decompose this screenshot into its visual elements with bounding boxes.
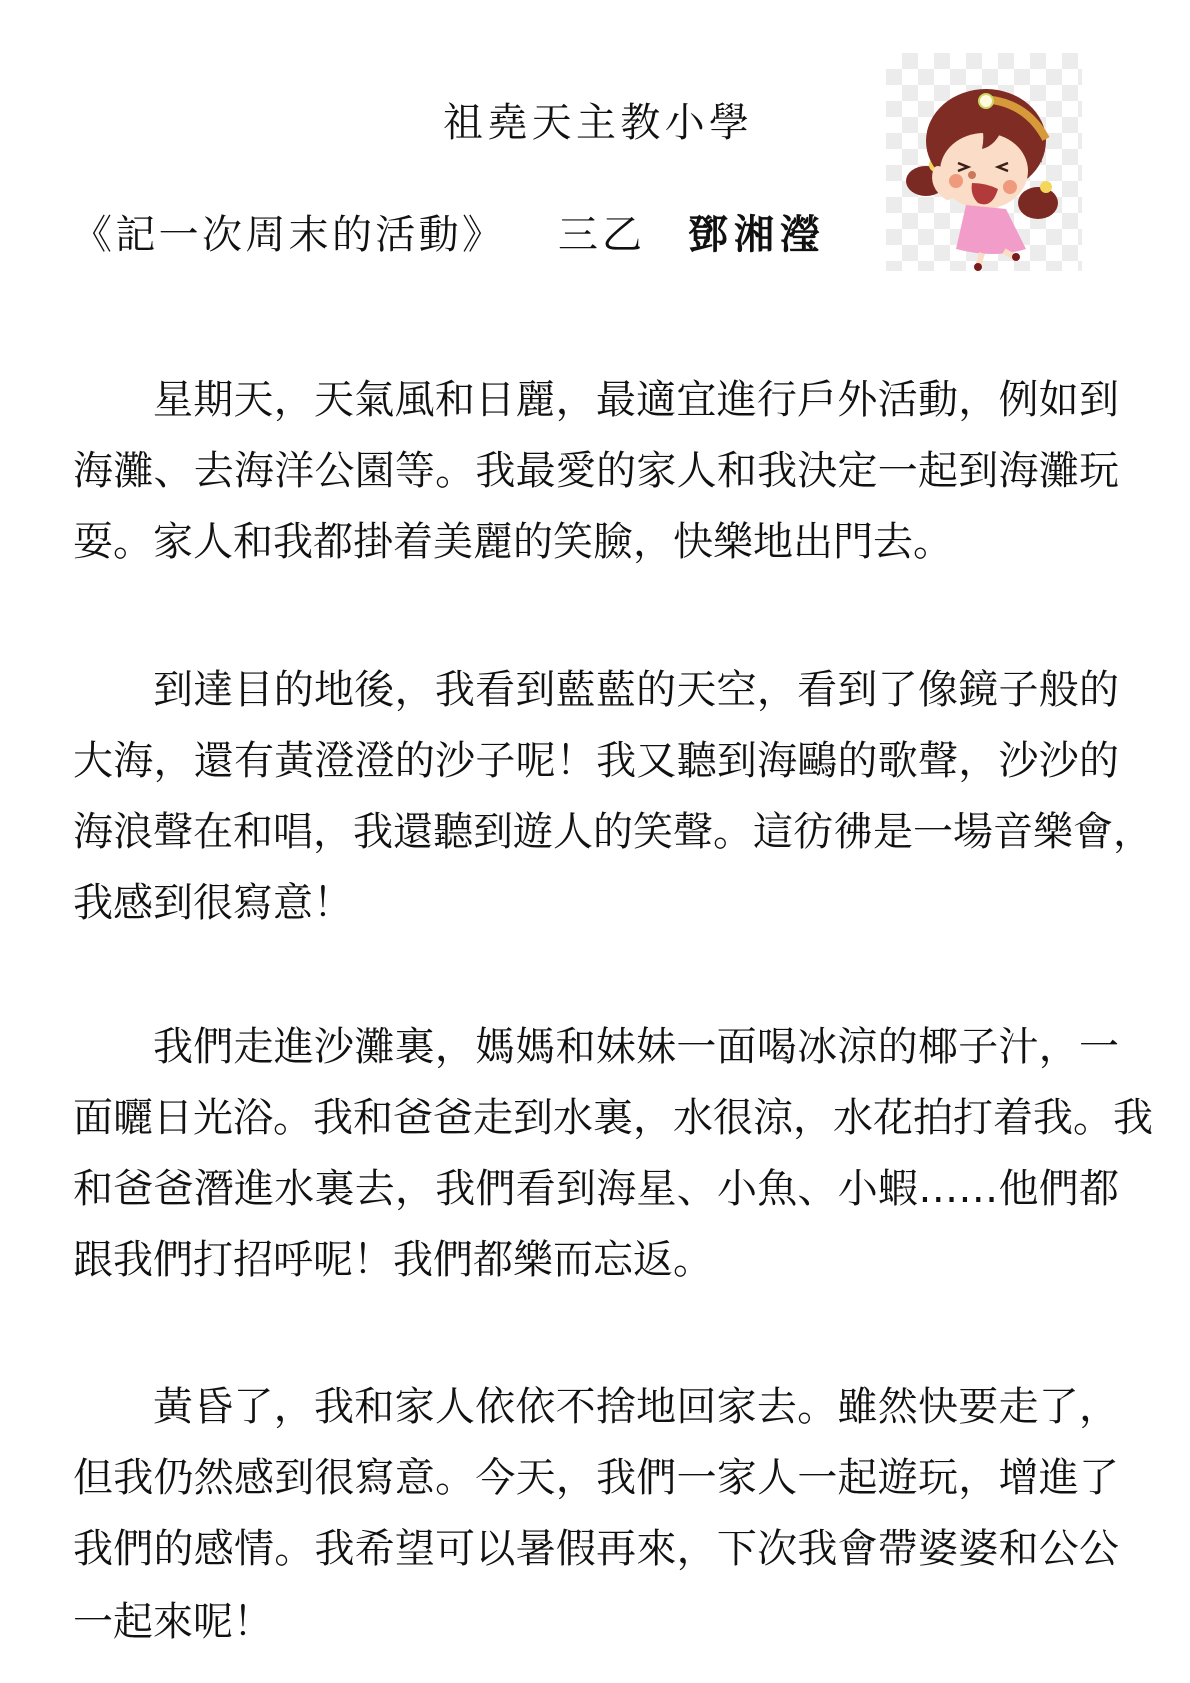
paragraph-line: 我們走進沙灘裏，媽媽和妹妹一面喝冰涼的椰子汁，一: [153, 1017, 1119, 1077]
paragraph-line: 海浪聲在和唱，我還聽到遊人的笑聲。這彷彿是一場音樂會，: [73, 802, 1119, 862]
paragraph-line: 和爸爸潛進水裏去，我們看到海星、小魚、小蝦……他們都: [73, 1159, 1119, 1219]
paragraph-line: 大海，還有黃澄澄的沙子呢！我又聽到海鷗的歌聲，沙沙的: [73, 731, 1119, 791]
school-name: 祖堯天主教小學: [443, 96, 749, 150]
author-name: 鄧湘瀅: [688, 208, 820, 262]
paragraph-line: 面曬日光浴。我和爸爸走到水裏，水很涼，水花拍打着我。我: [73, 1088, 1119, 1148]
paragraph-line: 耍。家人和我都掛着美麗的笑臉，快樂地出門去。: [73, 512, 1119, 572]
paragraph-line: 一起來呢！: [73, 1592, 1119, 1652]
essay-title: 《記一次周末的活動》: [72, 208, 502, 262]
cartoon-girl-illustration: [886, 53, 1082, 271]
paragraph-line: 星期天，天氣風和日麗，最適宜進行戶外活動，例如到: [153, 370, 1119, 430]
paragraph-line: 到達目的地後，我看到藍藍的天空，看到了像鏡子般的: [153, 660, 1119, 720]
paragraph-line: 我感到很寫意！: [73, 873, 1119, 933]
paragraph-line: 但我仍然感到很寫意。今天，我們一家人一起遊玩，增進了: [73, 1448, 1119, 1508]
paragraph-line: 我們的感情。我希望可以暑假再來，下次我會帶婆婆和公公: [73, 1519, 1119, 1579]
paragraph-line: 黃昏了，我和家人依依不捨地回家去。雖然快要走了，: [153, 1377, 1119, 1437]
paragraph-line: 海灘、去海洋公園等。我最愛的家人和我決定一起到海灘玩: [73, 441, 1119, 501]
paragraph-line: 跟我們打招呼呢！我們都樂而忘返。: [73, 1230, 1119, 1290]
cartoon-girl-icon: [886, 53, 1082, 271]
class-label: 三乙: [558, 208, 642, 262]
